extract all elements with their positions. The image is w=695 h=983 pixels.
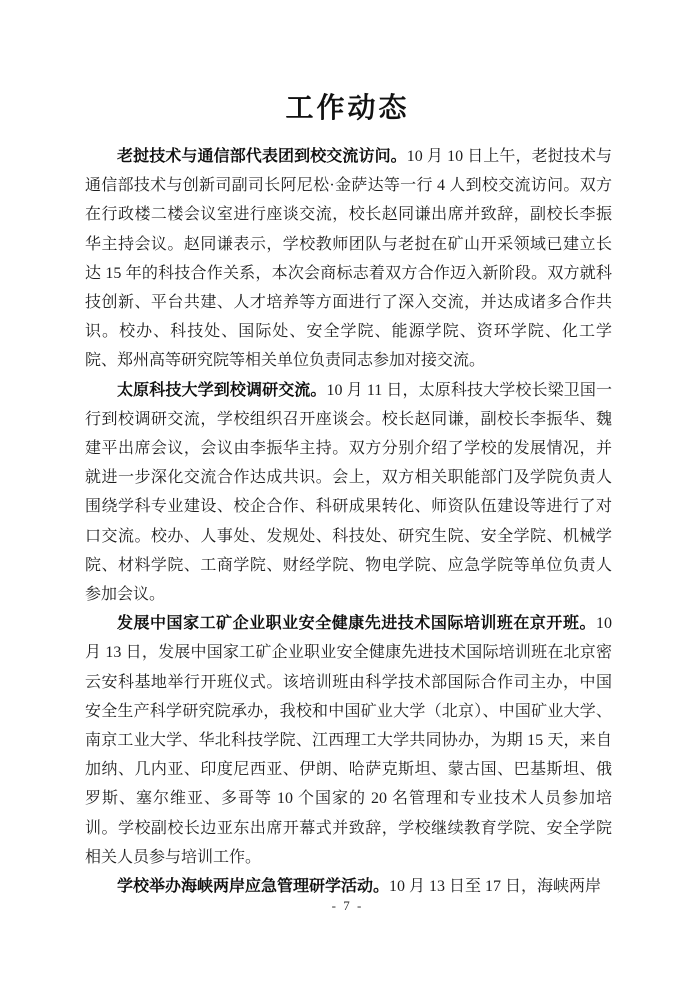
document-body: 老挝技术与通信部代表团到校交流访问。10 月 10 日上午，老挝技术与通信部技术… bbox=[85, 142, 612, 901]
paragraph-lead: 老挝技术与通信部代表团到校交流访问。 bbox=[117, 148, 407, 165]
paragraph-lead: 发展中国家工矿企业职业安全健康先进技术国际培训班在京开班。 bbox=[117, 615, 596, 632]
paragraph-lead: 学校举办海峡两岸应急管理研学活动。 bbox=[117, 878, 389, 895]
paragraph-taiyuan-visit: 太原科技大学到校调研交流。10 月 11 日，太原科技大学校长梁卫国一行到校调研… bbox=[85, 376, 612, 610]
paragraph-lead: 太原科技大学到校调研交流。 bbox=[117, 382, 327, 399]
page-title: 工作动态 bbox=[0, 0, 695, 128]
paragraph-text: 10 月 13 日至 17 日，海峡两岸 bbox=[389, 878, 601, 895]
paragraph-training-class: 发展中国家工矿企业职业安全健康先进技术国际培训班在京开班。10 月 13 日，发… bbox=[85, 609, 612, 872]
paragraph-laos-delegation: 老挝技术与通信部代表团到校交流访问。10 月 10 日上午，老挝技术与通信部技术… bbox=[85, 142, 612, 376]
paragraph-text: 10 月 13 日，发展中国家工矿企业职业安全健康先进技术国际培训班在北京密云安… bbox=[85, 615, 612, 866]
paragraph-text: 10 月 10 日上午，老挝技术与通信部技术与创新司副司长阿尼松·金萨达等一行 … bbox=[85, 148, 612, 369]
page-number: - 7 - bbox=[0, 898, 695, 914]
paragraph-cross-strait-activity: 学校举办海峡两岸应急管理研学活动。10 月 13 日至 17 日，海峡两岸 bbox=[85, 872, 612, 901]
paragraph-text: 10 月 11 日，太原科技大学校长梁卫国一行到校调研交流，学校组织召开座谈会。… bbox=[85, 382, 612, 603]
document-page: 工作动态 老挝技术与通信部代表团到校交流访问。10 月 10 日上午，老挝技术与… bbox=[0, 0, 695, 983]
